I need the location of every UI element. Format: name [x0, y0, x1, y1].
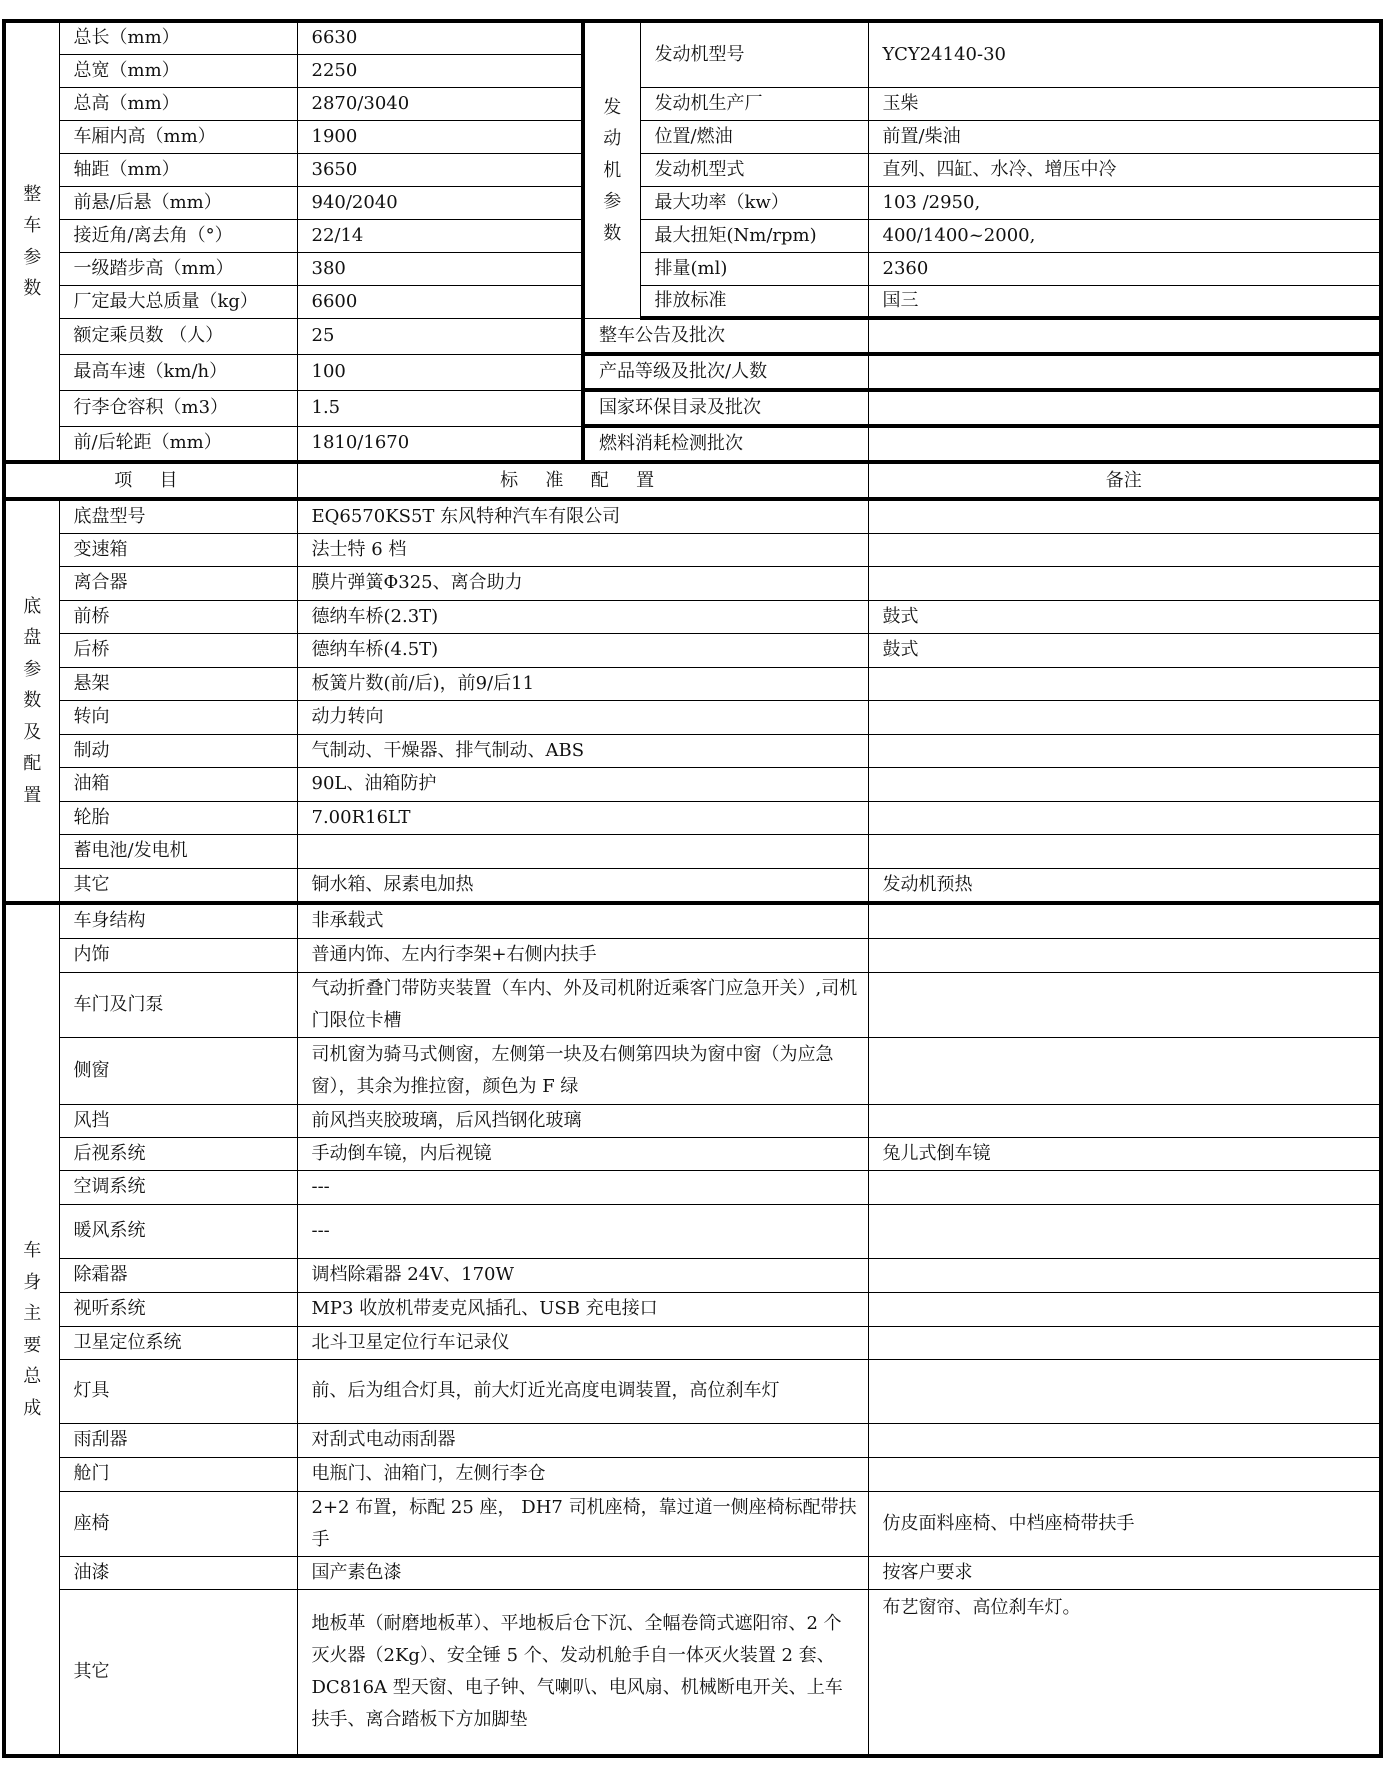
body-remark: [868, 1457, 1381, 1491]
chassis-standard: 7.00R16LT: [297, 801, 868, 834]
vehicle-spec-table: 整车参数总长（mm）6630发动机参数发动机型号YCY24140-30总宽（mm…: [2, 19, 1383, 1758]
param-value: 25: [297, 318, 583, 354]
chassis-standard: 德纳车桥(2.3T): [297, 600, 868, 633]
header-standard: 标 准 配 置: [297, 462, 868, 499]
body-standard: 电瓶门、油箱门，左侧行李仓: [297, 1457, 868, 1491]
body-remark: 兔儿式倒车镜: [868, 1137, 1381, 1170]
chassis-remark: [868, 834, 1381, 868]
param-label: 轴距（mm）: [59, 153, 297, 186]
engine-label: 最大功率（kw）: [640, 186, 868, 219]
param-label: 额定乘员数 （人）: [59, 318, 297, 354]
engine-label: 最大扭矩(Nm/rpm): [640, 219, 868, 252]
chassis-item: 离合器: [59, 566, 297, 600]
body-standard: 非承载式: [297, 903, 868, 938]
body-item: 内饰: [59, 938, 297, 972]
body-item: 后视系统: [59, 1137, 297, 1170]
approval-value: [868, 426, 1381, 462]
chassis-item: 油箱: [59, 767, 297, 801]
chassis-remark: [868, 801, 1381, 834]
engine-label: 位置/燃油: [640, 120, 868, 153]
param-value: 380: [297, 252, 583, 285]
table-row: 整车参数总长（mm）6630发动机参数发动机型号YCY24140-30: [4, 21, 1381, 54]
engine-label: 发动机生产厂: [640, 87, 868, 120]
chassis-item: 后桥: [59, 633, 297, 667]
table-row: 视听系统MP3 收放机带麦克风插孔、USB 充电接口: [4, 1292, 1381, 1326]
table-row: 前悬/后悬（mm）940/2040最大功率（kw）103 /2950,: [4, 186, 1381, 219]
body-item: 车身结构: [59, 903, 297, 938]
body-remark: 布艺窗帘、高位刹车灯。: [868, 1589, 1381, 1756]
body-item: 油漆: [59, 1556, 297, 1589]
body-item: 暖风系统: [59, 1204, 297, 1258]
param-label: 前悬/后悬（mm）: [59, 186, 297, 219]
chassis-standard: 板簧片数(前/后)，前9/后11: [297, 667, 868, 700]
chassis-group-label-text: 底盘参数及配置: [21, 591, 43, 812]
table-row: 离合器膜片弹簧Φ325、离合助力: [4, 566, 1381, 600]
engine-value: 玉柴: [868, 87, 1381, 120]
table-row: 蓄电池/发电机: [4, 834, 1381, 868]
table-row: 空调系统---: [4, 1170, 1381, 1204]
chassis-standard: [297, 834, 868, 868]
table-row: 舱门电瓶门、油箱门，左侧行李仓: [4, 1457, 1381, 1491]
body-remark: [868, 1326, 1381, 1359]
param-value: 6600: [297, 285, 583, 318]
body-item: 灯具: [59, 1359, 297, 1423]
table-row: 最高车速（km/h）100产品等级及批次/人数: [4, 354, 1381, 390]
engine-label: 排放标准: [640, 285, 868, 318]
param-value: 2870/3040: [297, 87, 583, 120]
chassis-standard: 气制动、干燥器、排气制动、ABS: [297, 734, 868, 767]
approval-label: 产品等级及批次/人数: [583, 354, 868, 390]
chassis-remark: 鼓式: [868, 600, 1381, 633]
body-standard: MP3 收放机带麦克风插孔、USB 充电接口: [297, 1292, 868, 1326]
param-value: 100: [297, 354, 583, 390]
chassis-standard: 动力转向: [297, 700, 868, 734]
chassis-item: 轮胎: [59, 801, 297, 834]
header-remark: 备注: [868, 462, 1381, 499]
body-standard: 普通内饰、左内行李架+右侧内扶手: [297, 938, 868, 972]
table-row: 总高（mm）2870/3040发动机生产厂玉柴: [4, 87, 1381, 120]
param-label: 总高（mm）: [59, 87, 297, 120]
table-row: 额定乘员数 （人）25整车公告及批次: [4, 318, 1381, 354]
body-standard: 国产素色漆: [297, 1556, 868, 1589]
chassis-item: 制动: [59, 734, 297, 767]
engine-label: 发动机型式: [640, 153, 868, 186]
param-label: 前/后轮距（mm）: [59, 426, 297, 462]
body-remark: [868, 1423, 1381, 1457]
table-row: 油漆国产素色漆按客户要求: [4, 1556, 1381, 1589]
param-value: 1.5: [297, 390, 583, 426]
engine-value: 直列、四缸、水冷、增压中冷: [868, 153, 1381, 186]
body-remark: 仿皮面料座椅、中档座椅带扶手: [868, 1491, 1381, 1556]
body-item: 车门及门泵: [59, 972, 297, 1037]
chassis-standard: 德纳车桥(4.5T): [297, 633, 868, 667]
approval-value: [868, 354, 1381, 390]
param-value: 1810/1670: [297, 426, 583, 462]
body-group-label: 车身主要总成: [4, 903, 59, 1756]
body-standard: 地板革（耐磨地板革）、平地板后仓下沉、全幅卷筒式遮阳帘、2 个灭火器（2Kg）、…: [297, 1589, 868, 1756]
chassis-standard: 90L、油箱防护: [297, 767, 868, 801]
body-remark: [868, 1258, 1381, 1292]
table-row: 车门及门泵气动折叠门带防夹装置（车内、外及司机附近乘客门应急开关）,司机门限位卡…: [4, 972, 1381, 1037]
body-standard: 前、后为组合灯具，前大灯近光高度电调装置，高位刹车灯: [297, 1359, 868, 1423]
engine-value: 103 /2950,: [868, 186, 1381, 219]
chassis-item: 蓄电池/发电机: [59, 834, 297, 868]
param-label: 厂定最大总质量（kg）: [59, 285, 297, 318]
body-group-label-text: 车身主要总成: [21, 1235, 43, 1424]
table-row: 雨刮器对刮式电动雨刮器: [4, 1423, 1381, 1457]
table-row: 变速箱法士特 6 档: [4, 533, 1381, 566]
engine-label: 排量(ml): [640, 252, 868, 285]
table-row: 转向动力转向: [4, 700, 1381, 734]
body-remark: [868, 1292, 1381, 1326]
param-label: 车厢内高（mm）: [59, 120, 297, 153]
body-item: 舱门: [59, 1457, 297, 1491]
table-row: 内饰普通内饰、左内行李架+右侧内扶手: [4, 938, 1381, 972]
table-row: 前/后轮距（mm）1810/1670燃料消耗检测批次: [4, 426, 1381, 462]
param-value: 940/2040: [297, 186, 583, 219]
table-row: 行李仓容积（m3）1.5国家环保目录及批次: [4, 390, 1381, 426]
body-standard: 北斗卫星定位行车记录仪: [297, 1326, 868, 1359]
param-value: 1900: [297, 120, 583, 153]
table-row: 轮胎7.00R16LT: [4, 801, 1381, 834]
chassis-item: 变速箱: [59, 533, 297, 566]
vehicle-params-group-label: 整车参数: [4, 21, 59, 462]
body-standard: 前风挡夹胶玻璃，后风挡钢化玻璃: [297, 1104, 868, 1137]
table-row: 侧窗司机窗为骑马式侧窗，左侧第一块及右侧第四块为窗中窗（为应急窗），其余为推拉窗…: [4, 1037, 1381, 1104]
chassis-remark: [868, 533, 1381, 566]
body-remark: [868, 1170, 1381, 1204]
body-standard: ---: [297, 1170, 868, 1204]
body-standard: 司机窗为骑马式侧窗，左侧第一块及右侧第四块为窗中窗（为应急窗），其余为推拉窗，颜…: [297, 1037, 868, 1104]
table-row: 一级踏步高（mm）380排量(ml)2360: [4, 252, 1381, 285]
body-remark: [868, 1037, 1381, 1104]
engine-params-group-label: 发动机参数: [583, 21, 640, 318]
param-label: 一级踏步高（mm）: [59, 252, 297, 285]
param-label: 接近角/离去角（°）: [59, 219, 297, 252]
engine-params-group-label-text: 发动机参数: [601, 92, 623, 250]
engine-value: 国三: [868, 285, 1381, 318]
param-value: 2250: [297, 54, 583, 87]
table-row: 前桥德纳车桥(2.3T)鼓式: [4, 600, 1381, 633]
chassis-remark: [868, 499, 1381, 533]
table-row: 车身主要总成车身结构非承载式: [4, 903, 1381, 938]
table-row: 厂定最大总质量（kg）6600排放标准国三: [4, 285, 1381, 318]
body-remark: [868, 938, 1381, 972]
table-row: 油箱90L、油箱防护: [4, 767, 1381, 801]
body-remark: 按客户要求: [868, 1556, 1381, 1589]
chassis-standard: EQ6570KS5T 东风特种汽车有限公司: [297, 499, 868, 533]
body-remark: [868, 1204, 1381, 1258]
body-item: 卫星定位系统: [59, 1326, 297, 1359]
chassis-standard: 法士特 6 档: [297, 533, 868, 566]
approval-label: 国家环保目录及批次: [583, 390, 868, 426]
engine-value: 2360: [868, 252, 1381, 285]
table-row: 灯具前、后为组合灯具，前大灯近光高度电调装置，高位刹车灯: [4, 1359, 1381, 1423]
body-item: 雨刮器: [59, 1423, 297, 1457]
body-item: 风挡: [59, 1104, 297, 1137]
engine-value: YCY24140-30: [868, 21, 1381, 87]
chassis-remark: 鼓式: [868, 633, 1381, 667]
table-row: 其它地板革（耐磨地板革）、平地板后仓下沉、全幅卷筒式遮阳帘、2 个灭火器（2Kg…: [4, 1589, 1381, 1756]
table-row: 底盘参数及配置底盘型号EQ6570KS5T 东风特种汽车有限公司: [4, 499, 1381, 533]
chassis-remark: [868, 734, 1381, 767]
table-row: 后视系统手动倒车镜，内后视镜兔儿式倒车镜: [4, 1137, 1381, 1170]
body-item: 视听系统: [59, 1292, 297, 1326]
param-label: 行李仓容积（m3）: [59, 390, 297, 426]
chassis-item: 转向: [59, 700, 297, 734]
table-row: 除霜器调档除霜器 24V、170W: [4, 1258, 1381, 1292]
param-value: 22/14: [297, 219, 583, 252]
body-standard: 调档除霜器 24V、170W: [297, 1258, 868, 1292]
body-standard: 对刮式电动雨刮器: [297, 1423, 868, 1457]
body-standard: 手动倒车镜，内后视镜: [297, 1137, 868, 1170]
body-remark: [868, 1104, 1381, 1137]
body-item: 侧窗: [59, 1037, 297, 1104]
chassis-remark: [868, 667, 1381, 700]
engine-value: 前置/柴油: [868, 120, 1381, 153]
table-row: 悬架板簧片数(前/后)，前9/后11: [4, 667, 1381, 700]
engine-value: 400/1400~2000,: [868, 219, 1381, 252]
table-row: 后桥德纳车桥(4.5T)鼓式: [4, 633, 1381, 667]
body-remark: [868, 972, 1381, 1037]
body-standard: 气动折叠门带防夹装置（车内、外及司机附近乘客门应急开关）,司机门限位卡槽: [297, 972, 868, 1037]
table-row: 项 目标 准 配 置备注: [4, 462, 1381, 499]
body-standard: ---: [297, 1204, 868, 1258]
table-row: 其它铜水箱、尿素电加热发动机预热: [4, 868, 1381, 903]
body-item: 除霜器: [59, 1258, 297, 1292]
approval-value: [868, 390, 1381, 426]
chassis-standard: 铜水箱、尿素电加热: [297, 868, 868, 903]
chassis-item: 悬架: [59, 667, 297, 700]
param-value: 3650: [297, 153, 583, 186]
param-label: 总长（mm）: [59, 21, 297, 54]
param-label: 总宽（mm）: [59, 54, 297, 87]
table-row: 风挡前风挡夹胶玻璃，后风挡钢化玻璃: [4, 1104, 1381, 1137]
chassis-item: 底盘型号: [59, 499, 297, 533]
table-row: 座椅2+2 布置，标配 25 座， DH7 司机座椅，靠过道一侧座椅标配带扶手仿…: [4, 1491, 1381, 1556]
approval-value: [868, 318, 1381, 354]
body-remark: [868, 1359, 1381, 1423]
vehicle-params-group-label-text: 整车参数: [21, 179, 43, 305]
table-row: 暖风系统---: [4, 1204, 1381, 1258]
body-item: 座椅: [59, 1491, 297, 1556]
table-row: 卫星定位系统北斗卫星定位行车记录仪: [4, 1326, 1381, 1359]
engine-label: 发动机型号: [640, 21, 868, 87]
body-item: 其它: [59, 1589, 297, 1756]
chassis-remark: [868, 700, 1381, 734]
chassis-item: 其它: [59, 868, 297, 903]
body-remark: [868, 903, 1381, 938]
chassis-remark: [868, 566, 1381, 600]
chassis-remark: [868, 767, 1381, 801]
table-row: 轴距（mm）3650发动机型式直列、四缸、水冷、增压中冷: [4, 153, 1381, 186]
chassis-group-label: 底盘参数及配置: [4, 499, 59, 903]
approval-label: 燃料消耗检测批次: [583, 426, 868, 462]
body-standard: 2+2 布置，标配 25 座， DH7 司机座椅，靠过道一侧座椅标配带扶手: [297, 1491, 868, 1556]
header-item: 项 目: [4, 462, 297, 499]
table-row: 车厢内高（mm）1900位置/燃油前置/柴油: [4, 120, 1381, 153]
param-value: 6630: [297, 21, 583, 54]
chassis-remark: 发动机预热: [868, 868, 1381, 903]
approval-label: 整车公告及批次: [583, 318, 868, 354]
param-label: 最高车速（km/h）: [59, 354, 297, 390]
chassis-standard: 膜片弹簧Φ325、离合助力: [297, 566, 868, 600]
body-item: 空调系统: [59, 1170, 297, 1204]
table-row: 制动气制动、干燥器、排气制动、ABS: [4, 734, 1381, 767]
table-row: 接近角/离去角（°）22/14最大扭矩(Nm/rpm)400/1400~2000…: [4, 219, 1381, 252]
chassis-item: 前桥: [59, 600, 297, 633]
